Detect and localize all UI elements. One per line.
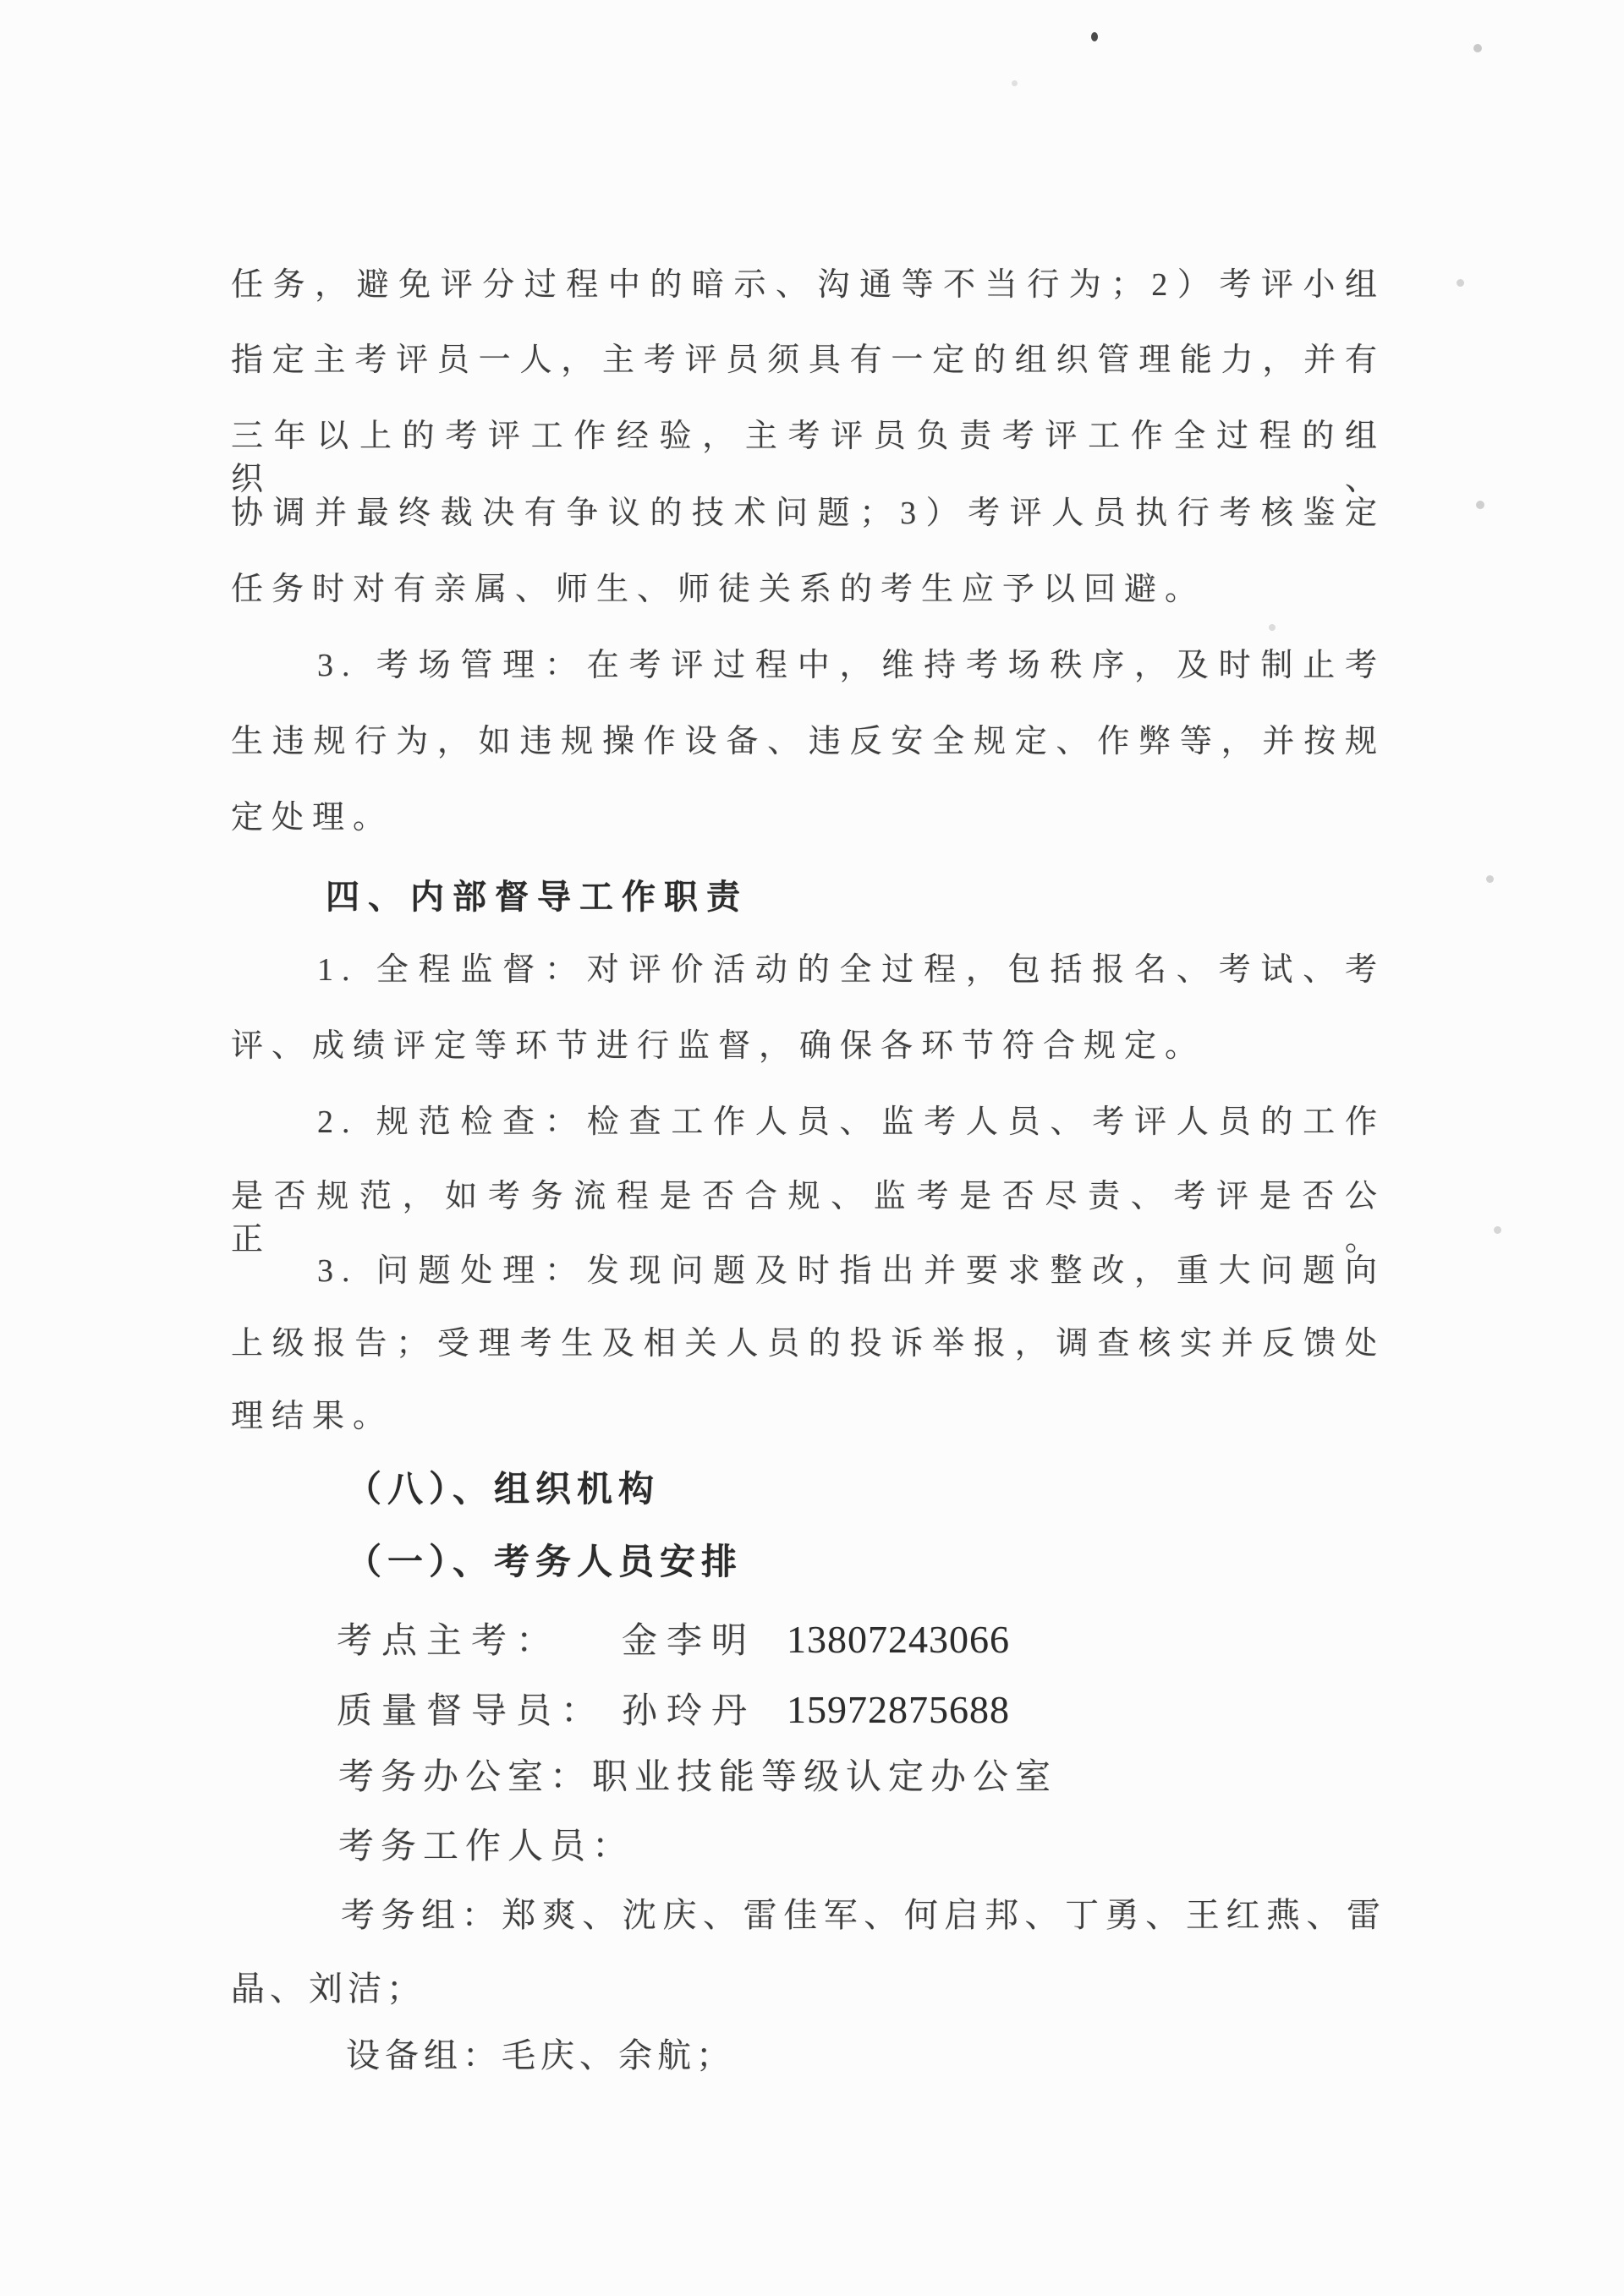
exam-office-value: 职业技能等级认定办公室: [592, 1758, 1057, 1797]
scan-speck: [1269, 624, 1276, 631]
staff-supervisor-row: 质量督导员：孙玲丹15972875688: [337, 1684, 1010, 1736]
paragraph-line: 理结果。: [231, 1395, 393, 1438]
staff-supervisor-label: 质量督导员：: [337, 1688, 622, 1736]
staff-chief-phone: 13807243066: [787, 1618, 1010, 1661]
scan-speck: [1476, 501, 1484, 509]
scan-speck: [1091, 32, 1098, 41]
paragraph-line: 任务时对有亲属、师生、师徒关系的考生应予以回避。: [231, 568, 1205, 611]
paragraph-line: 协调并最终裁决有争议的技术问题；3）考评人员执行考核鉴定: [231, 492, 1385, 535]
scan-speck: [1486, 875, 1494, 883]
equipment-group-line: 设备组：毛庆、余航；: [346, 2033, 735, 2079]
exam-workers-label: 考务工作人员：: [338, 1823, 634, 1871]
paragraph-line: 生违规行为，如违规操作设备、违反安全规定、作弊等，并按规: [231, 721, 1385, 764]
staff-supervisor-phone: 15972875688: [787, 1688, 1010, 1731]
numbered-item-line: 3. 问题处理：发现问题及时指出并要求整改，重大问题向: [317, 1250, 1385, 1293]
org-section-heading: （八）、组织机构: [346, 1466, 660, 1515]
exam-office-row: 考务办公室：职业技能等级认定办公室: [338, 1754, 1057, 1802]
exam-office-label: 考务办公室：: [338, 1758, 592, 1797]
paragraph-line: 指定主考评员一人，主考评员须具有一定的组织管理能力，并有: [231, 339, 1385, 382]
staff-supervisor-name: 孙玲丹: [622, 1688, 787, 1736]
staff-chief-label: 考点主考：: [337, 1618, 622, 1666]
paragraph-line: 定处理。: [231, 797, 393, 840]
scan-speck: [1012, 80, 1018, 86]
paragraph-line: 评、成绩评定等环节进行监督，确保各环节符合规定。: [231, 1025, 1205, 1068]
numbered-item-line: 1. 全程监督：对评价活动的全过程，包括报名、考试、考: [317, 949, 1385, 992]
scan-speck: [1473, 44, 1482, 52]
exam-group-line: 晶、刘洁；: [231, 1966, 425, 2012]
paragraph-line: 任务，避免评分过程中的暗示、沟通等不当行为；2）考评小组: [231, 264, 1385, 307]
numbered-item-line: 3. 考场管理：在考评过程中，维持考场秩序，及时制止考: [317, 644, 1385, 688]
staff-chief-name: 金李明: [622, 1618, 787, 1666]
section-heading: 四、内部督导工作职责: [326, 874, 749, 920]
scanned-document-page: 任务，避免评分过程中的暗示、沟通等不当行为；2）考评小组 指定主考评员一人，主考…: [0, 0, 1624, 2296]
scan-speck: [1494, 1226, 1501, 1234]
numbered-item-line: 2. 规范检查：检查工作人员、监考人员、考评人员的工作: [317, 1101, 1385, 1144]
staff-chief-row: 考点主考：金李明13807243066: [337, 1614, 1010, 1666]
scan-speck: [1457, 279, 1464, 287]
paragraph-line: 上级报告；受理考生及相关人员的投诉举报，调查核实并反馈处: [231, 1323, 1385, 1366]
paragraph-line: 三年以上的考评工作经验，主考评员负责考评工作全过程的组织、: [231, 415, 1385, 502]
org-subsection-heading: （一）、考务人员安排: [346, 1539, 743, 1587]
exam-group-line: 考务组：郑爽、沈庆、雷佳军、何启邦、丁勇、王红燕、雷: [341, 1893, 1385, 1938]
